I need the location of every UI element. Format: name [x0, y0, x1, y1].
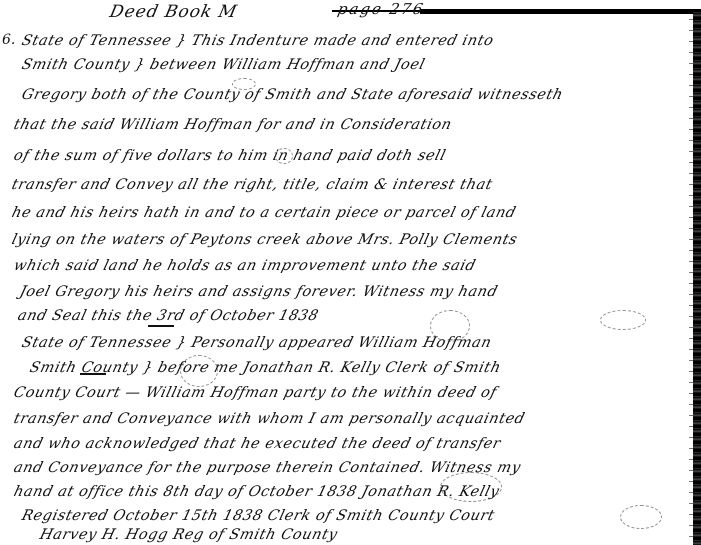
scan-right-speckle — [689, 14, 693, 545]
ink-flourish — [430, 310, 470, 342]
ink-flourish — [600, 310, 646, 330]
deed-line-7: he and his heirs hath in and to a certai… — [10, 205, 518, 221]
deed-page: Deed Book M page 276 6. State of Tenness… — [0, 0, 701, 545]
ink-strike — [80, 373, 106, 375]
deed-book-title: Deed Book M — [108, 2, 239, 22]
ink-flourish — [440, 472, 502, 502]
page-number-label: page 276 — [336, 0, 426, 18]
ink-flourish — [620, 505, 662, 529]
deed-line-1: State of Tennessee } This Indenture made… — [20, 33, 495, 49]
deed-line-18: hand at office this 8th day of October 1… — [12, 484, 501, 500]
deed-line-6: transfer and Convey all the right, title… — [10, 177, 494, 193]
deed-line-16: and who acknowledged that he executed th… — [12, 436, 502, 452]
ink-underline — [148, 325, 174, 327]
deed-line-5: of the sum of five dollars to him in han… — [12, 148, 448, 164]
deed-line-17: and Conveyance for the purpose therein C… — [12, 460, 522, 476]
scan-top-border — [420, 9, 701, 14]
deed-line-14: County Court — William Hoffman party to … — [12, 385, 498, 401]
deed-line-10: Joel Gregory his heirs and assigns forev… — [18, 284, 500, 300]
ink-flourish — [275, 148, 293, 164]
deed-line-3: Gregory both of the County of Smith and … — [20, 87, 565, 103]
ink-flourish — [180, 355, 218, 387]
deed-line-20: Harvey H. Hogg Reg of Smith County — [38, 527, 339, 543]
deed-line-19: Registered October 15th 1838 Clerk of Sm… — [20, 508, 496, 524]
deed-line-15: transfer and Conveyance with whom I am p… — [12, 411, 527, 427]
deed-line-4: that the said William Hoffman for and in… — [12, 117, 454, 133]
entry-number: 6. — [2, 32, 15, 48]
deed-line-12: State of Tennessee } Personally appeared… — [20, 335, 493, 351]
scan-right-border — [693, 9, 701, 545]
ink-flourish — [232, 78, 256, 90]
deed-line-9: which said land he holds as an improveme… — [12, 258, 477, 274]
deed-line-8: lying on the waters of Peytons creek abo… — [10, 232, 519, 248]
deed-line-11: and Seal this the 3rd of October 1838 — [16, 308, 320, 324]
deed-line-2: Smith County } between William Hoffman a… — [20, 57, 427, 73]
